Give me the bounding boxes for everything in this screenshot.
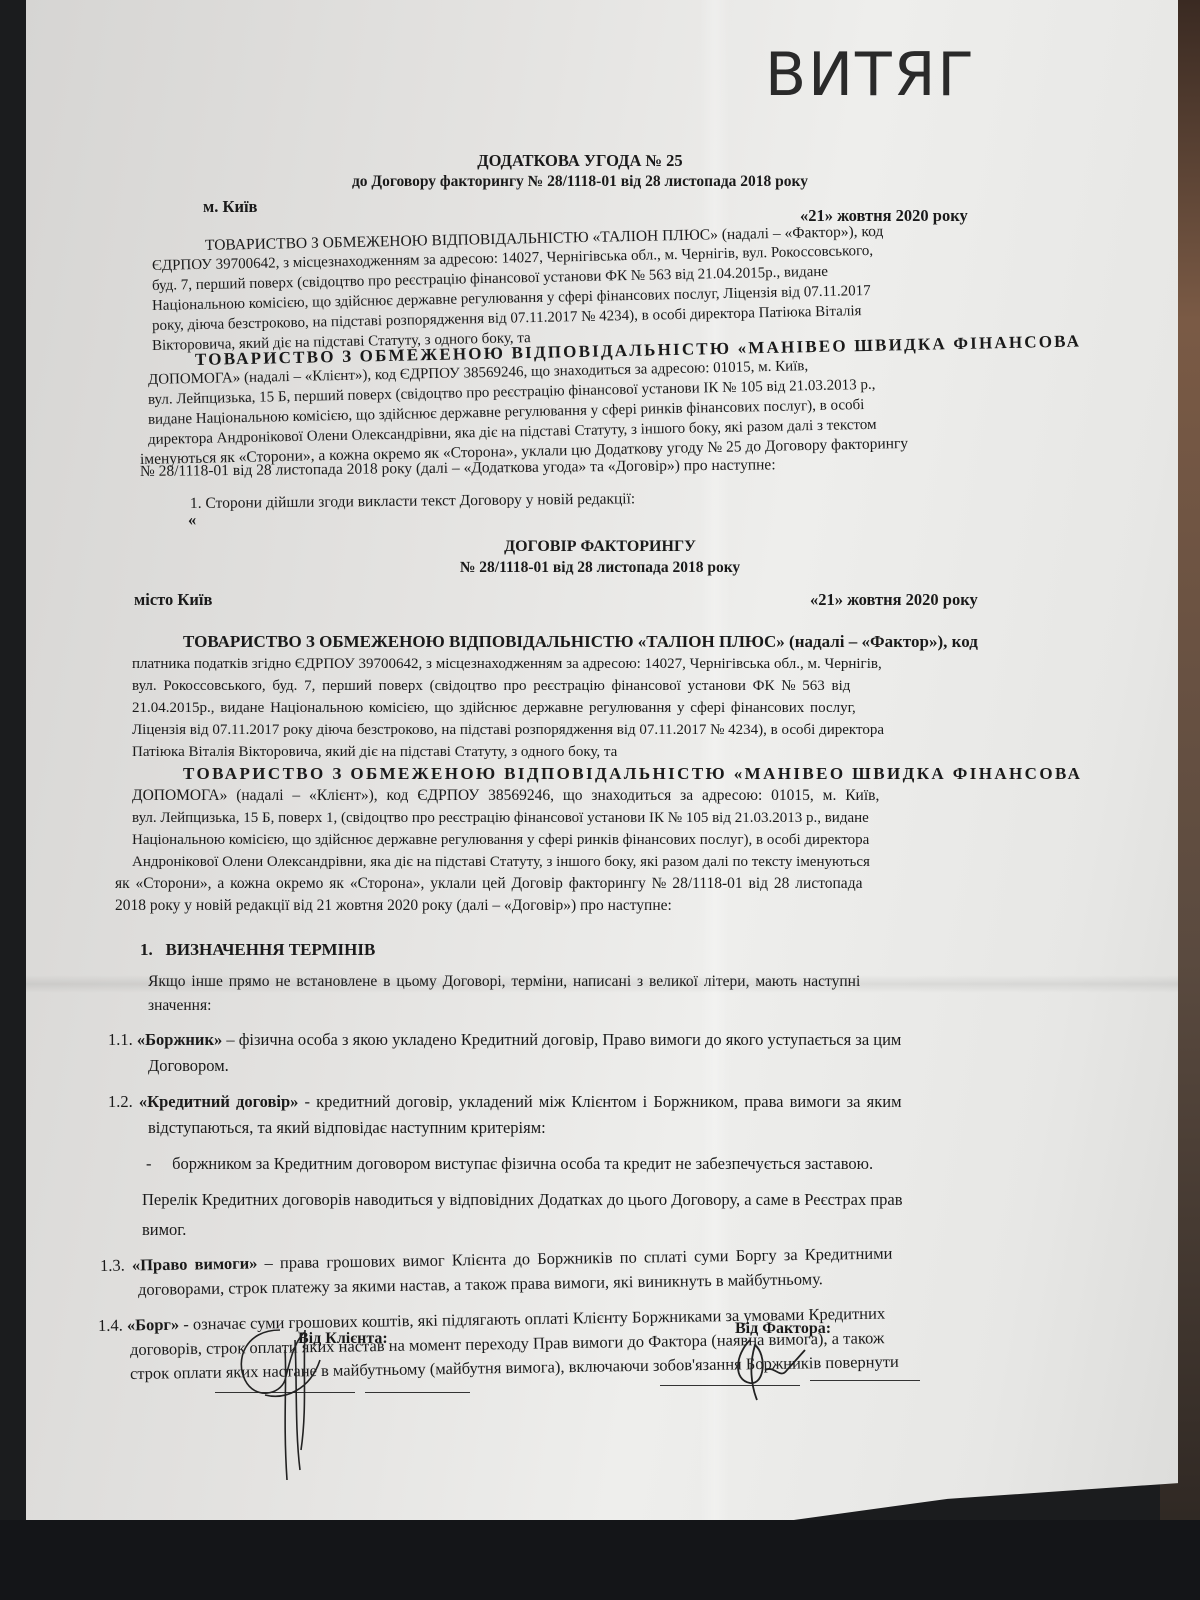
agreement-title: ДОДАТКОВА УГОДА № 25	[300, 150, 860, 171]
contract-city: місто Київ	[134, 590, 212, 610]
definition-number: 1.4.	[98, 1316, 123, 1335]
contract-party2-line: ДОПОМОГА» (надалі – «Клієнт»), код ЄДРПО…	[132, 787, 879, 804]
definition-term: «Право вимоги»	[132, 1254, 258, 1275]
agreement-subtitle: до Договору факторингу № 28/1118-01 від …	[300, 171, 860, 192]
contract-party1-line: 21.04.2015р., видане Національною комісі…	[132, 700, 856, 716]
contract-party1-line: платника податків згідно ЄДРПОУ 39700642…	[132, 656, 882, 672]
contract-party2-line: 2018 року у новій редакції від 21 жовтня…	[115, 897, 672, 914]
agreement-header: ДОДАТКОВА УГОДА № 25 до Договору фактори…	[300, 150, 860, 192]
contract-title: ДОГОВІР ФАКТОРИНГУ	[360, 536, 840, 557]
client-signature-icon	[225, 1320, 355, 1500]
section-1-title: ВИЗНАЧЕННЯ ТЕРМІНІВ	[166, 940, 376, 959]
definition-1-2-cont: відступаються, та який відповідає наступ…	[148, 1118, 546, 1138]
background-floor	[0, 1520, 1200, 1600]
contract-party1-line: Патіюка Віталія Вікторовича, який діє на…	[132, 744, 617, 760]
contract-party1-line: вул. Рокоссовського, буд. 7, перший пове…	[132, 678, 850, 694]
bullet-icon: -	[146, 1154, 152, 1173]
section-1-number: 1.	[140, 940, 153, 959]
definition-1-2: 1.2. «Кредитний договір» - кредитний дог…	[108, 1092, 902, 1112]
contract-party1-line: Ліцензія від 07.11.2017 року діюча безст…	[132, 722, 884, 738]
contract-party1-line: ТОВАРИСТВО З ОБМЕЖЕНОЮ ВІДПОВІДАЛЬНІСТЮ …	[183, 632, 978, 651]
definition-number: 1.2.	[108, 1092, 133, 1111]
agreement-city: м. Київ	[203, 197, 257, 217]
contract-header: ДОГОВІР ФАКТОРИНГУ № 28/1118-01 від 28 л…	[360, 536, 840, 578]
definition-term: «Боржник»	[137, 1030, 222, 1049]
definition-1-1-cont: Договором.	[148, 1056, 229, 1076]
definition-text: - кредитний договір, укладений між Клієн…	[298, 1092, 901, 1111]
definition-1-1: 1.1. «Боржник» – фізична особа з якою ук…	[108, 1030, 901, 1050]
factor-name-line	[810, 1380, 920, 1381]
definition-term: «Борг»	[127, 1315, 180, 1335]
definition-text: – фізична особа з якою укладено Кредитни…	[222, 1030, 901, 1049]
definition-number: 1.3.	[100, 1256, 125, 1275]
contract-subtitle: № 28/1118-01 від 28 листопада 2018 року	[360, 557, 840, 578]
definition-1-2-bullet: - боржником за Кредитним договором висту…	[146, 1154, 873, 1174]
definition-number: 1.1.	[108, 1030, 133, 1049]
factor-signature-icon	[725, 1335, 815, 1405]
section-1-intro: Якщо інше прямо не встановлене в цьому Д…	[148, 972, 860, 992]
definition-term: «Кредитний договір»	[139, 1092, 299, 1111]
section-1-intro: значення:	[148, 996, 211, 1016]
contract-date: «21» жовтня 2020 року	[810, 590, 978, 610]
contract-party2-line: Національною комісією, що здійснює держа…	[132, 832, 869, 848]
definition-1-2-after: Перелік Кредитних договорів наводиться у…	[142, 1190, 903, 1210]
open-quote: «	[188, 510, 196, 530]
extract-stamp: ВИТЯГ	[765, 40, 976, 110]
section-1-heading: 1. ВИЗНАЧЕННЯ ТЕРМІНІВ	[140, 940, 375, 960]
contract-party2-line: вул. Лейпцизька, 15 Б, поверх 1, (свідоц…	[132, 810, 869, 826]
client-name-line	[365, 1392, 470, 1393]
contract-party2-line: як «Сторони», а кожна окремо як «Сторона…	[115, 875, 862, 892]
contract-party2-line: ТОВАРИСТВО З ОБМЕЖЕНОЮ ВІДПОВІДАЛЬНІСТЮ …	[183, 764, 1082, 783]
bullet-text: боржником за Кредитним договором виступа…	[172, 1154, 873, 1173]
definition-1-2-after: вимог.	[142, 1220, 186, 1240]
contract-party2-line: Андронікової Олени Олександрівни, яка ді…	[132, 854, 870, 870]
